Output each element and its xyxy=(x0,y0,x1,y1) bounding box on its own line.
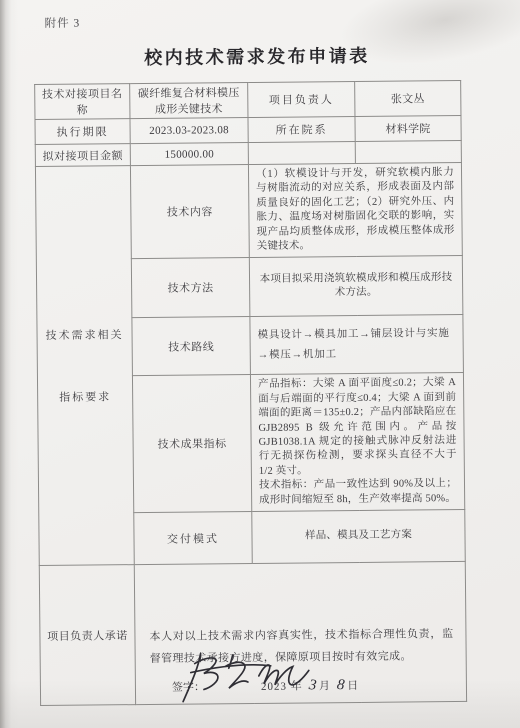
value-project-name: 碳纤维复合材料模压成形关键技术 xyxy=(130,83,248,119)
value-project-amount: 150000.00 xyxy=(130,143,248,166)
outcome-product-indicators: 产品指标：大梁 A 面平面度≤0.2；大梁 A 面与后端面的平行度≤0.4；大梁… xyxy=(258,376,457,479)
value-project-leader: 张文丛 xyxy=(355,80,461,116)
label-tech-content: 技术内容 xyxy=(130,165,249,260)
page-content: 附件 3 校内技术需求发布申请表 技术对接项目名称 碳纤维复合材料模压成形关键技… xyxy=(0,0,520,728)
outcome-tech-indicators: 技术指标：产品一致性达到 90%及以上；成形时间缩短至 8h，生产效率提高 50… xyxy=(259,477,457,508)
group-label-requirements: 技术需求相关 指标要求 xyxy=(35,166,134,566)
value-tech-outcome: 产品指标：大梁 A 面平面度≤0.2；大梁 A 面与后端面的平行度≤0.4；大梁… xyxy=(250,373,464,512)
date-day-suffix: 日 xyxy=(347,680,359,692)
requirements-form-table: 技术对接项目名称 碳纤维复合材料模压成形关键技术 项目负责人 张文丛 执行期限 … xyxy=(34,80,467,706)
scan-left-edge-shadow xyxy=(0,0,18,728)
label-tech-outcome: 技术成果指标 xyxy=(132,375,251,513)
row-project-name: 技术对接项目名称 碳纤维复合材料模压成形关键技术 项目负责人 张文丛 xyxy=(35,80,461,119)
label-department: 所在院系 xyxy=(248,116,355,142)
empty-cell-2 xyxy=(355,140,461,163)
value-tech-method: 本项目拟采用浇筑软模成形和模压成形技术方法。 xyxy=(249,256,463,317)
label-delivery-mode: 交付模式 xyxy=(134,512,252,565)
label-execution-period: 执行期限 xyxy=(35,119,130,145)
handwritten-signature xyxy=(171,644,322,707)
group-label-line1: 技术需求相关 xyxy=(41,326,127,343)
scanned-form-page: 附件 3 校内技术需求发布申请表 技术对接项目名称 碳纤维复合材料模压成形关键技… xyxy=(0,0,520,728)
label-commitment: 项目负责人承诺 xyxy=(39,565,135,706)
row-tech-content: 技术需求相关 指标要求 技术内容 （1）软模设计与开发，研究软模内胀力与树脂流动… xyxy=(35,162,462,260)
attachment-label: 附件 3 xyxy=(44,15,80,31)
value-department: 材料学院 xyxy=(355,115,461,141)
label-project-amount: 拟对接项目金额 xyxy=(35,144,130,167)
value-tech-content: （1）软模设计与开发，研究软模内胀力与树脂流动的对应关系，形成表面及内部质量良好… xyxy=(248,162,462,257)
handwritten-day-digit: 8 xyxy=(336,679,345,692)
group-label-line2: 指标要求 xyxy=(42,388,128,405)
empty-cell-1 xyxy=(248,141,355,164)
label-project-name: 技术对接项目名称 xyxy=(35,84,130,120)
label-tech-route: 技术路线 xyxy=(132,317,251,376)
page-title: 校内技术需求发布申请表 xyxy=(0,40,517,71)
label-tech-method: 技术方法 xyxy=(131,258,250,318)
value-delivery-mode: 样品、模具及工艺方案 xyxy=(252,510,465,564)
value-execution-period: 2023.03-2023.08 xyxy=(130,118,248,144)
label-project-leader: 项目负责人 xyxy=(248,81,355,117)
value-tech-route: 模具设计→模具加工→铺层设计与实施→模压→机加工 xyxy=(250,315,464,375)
